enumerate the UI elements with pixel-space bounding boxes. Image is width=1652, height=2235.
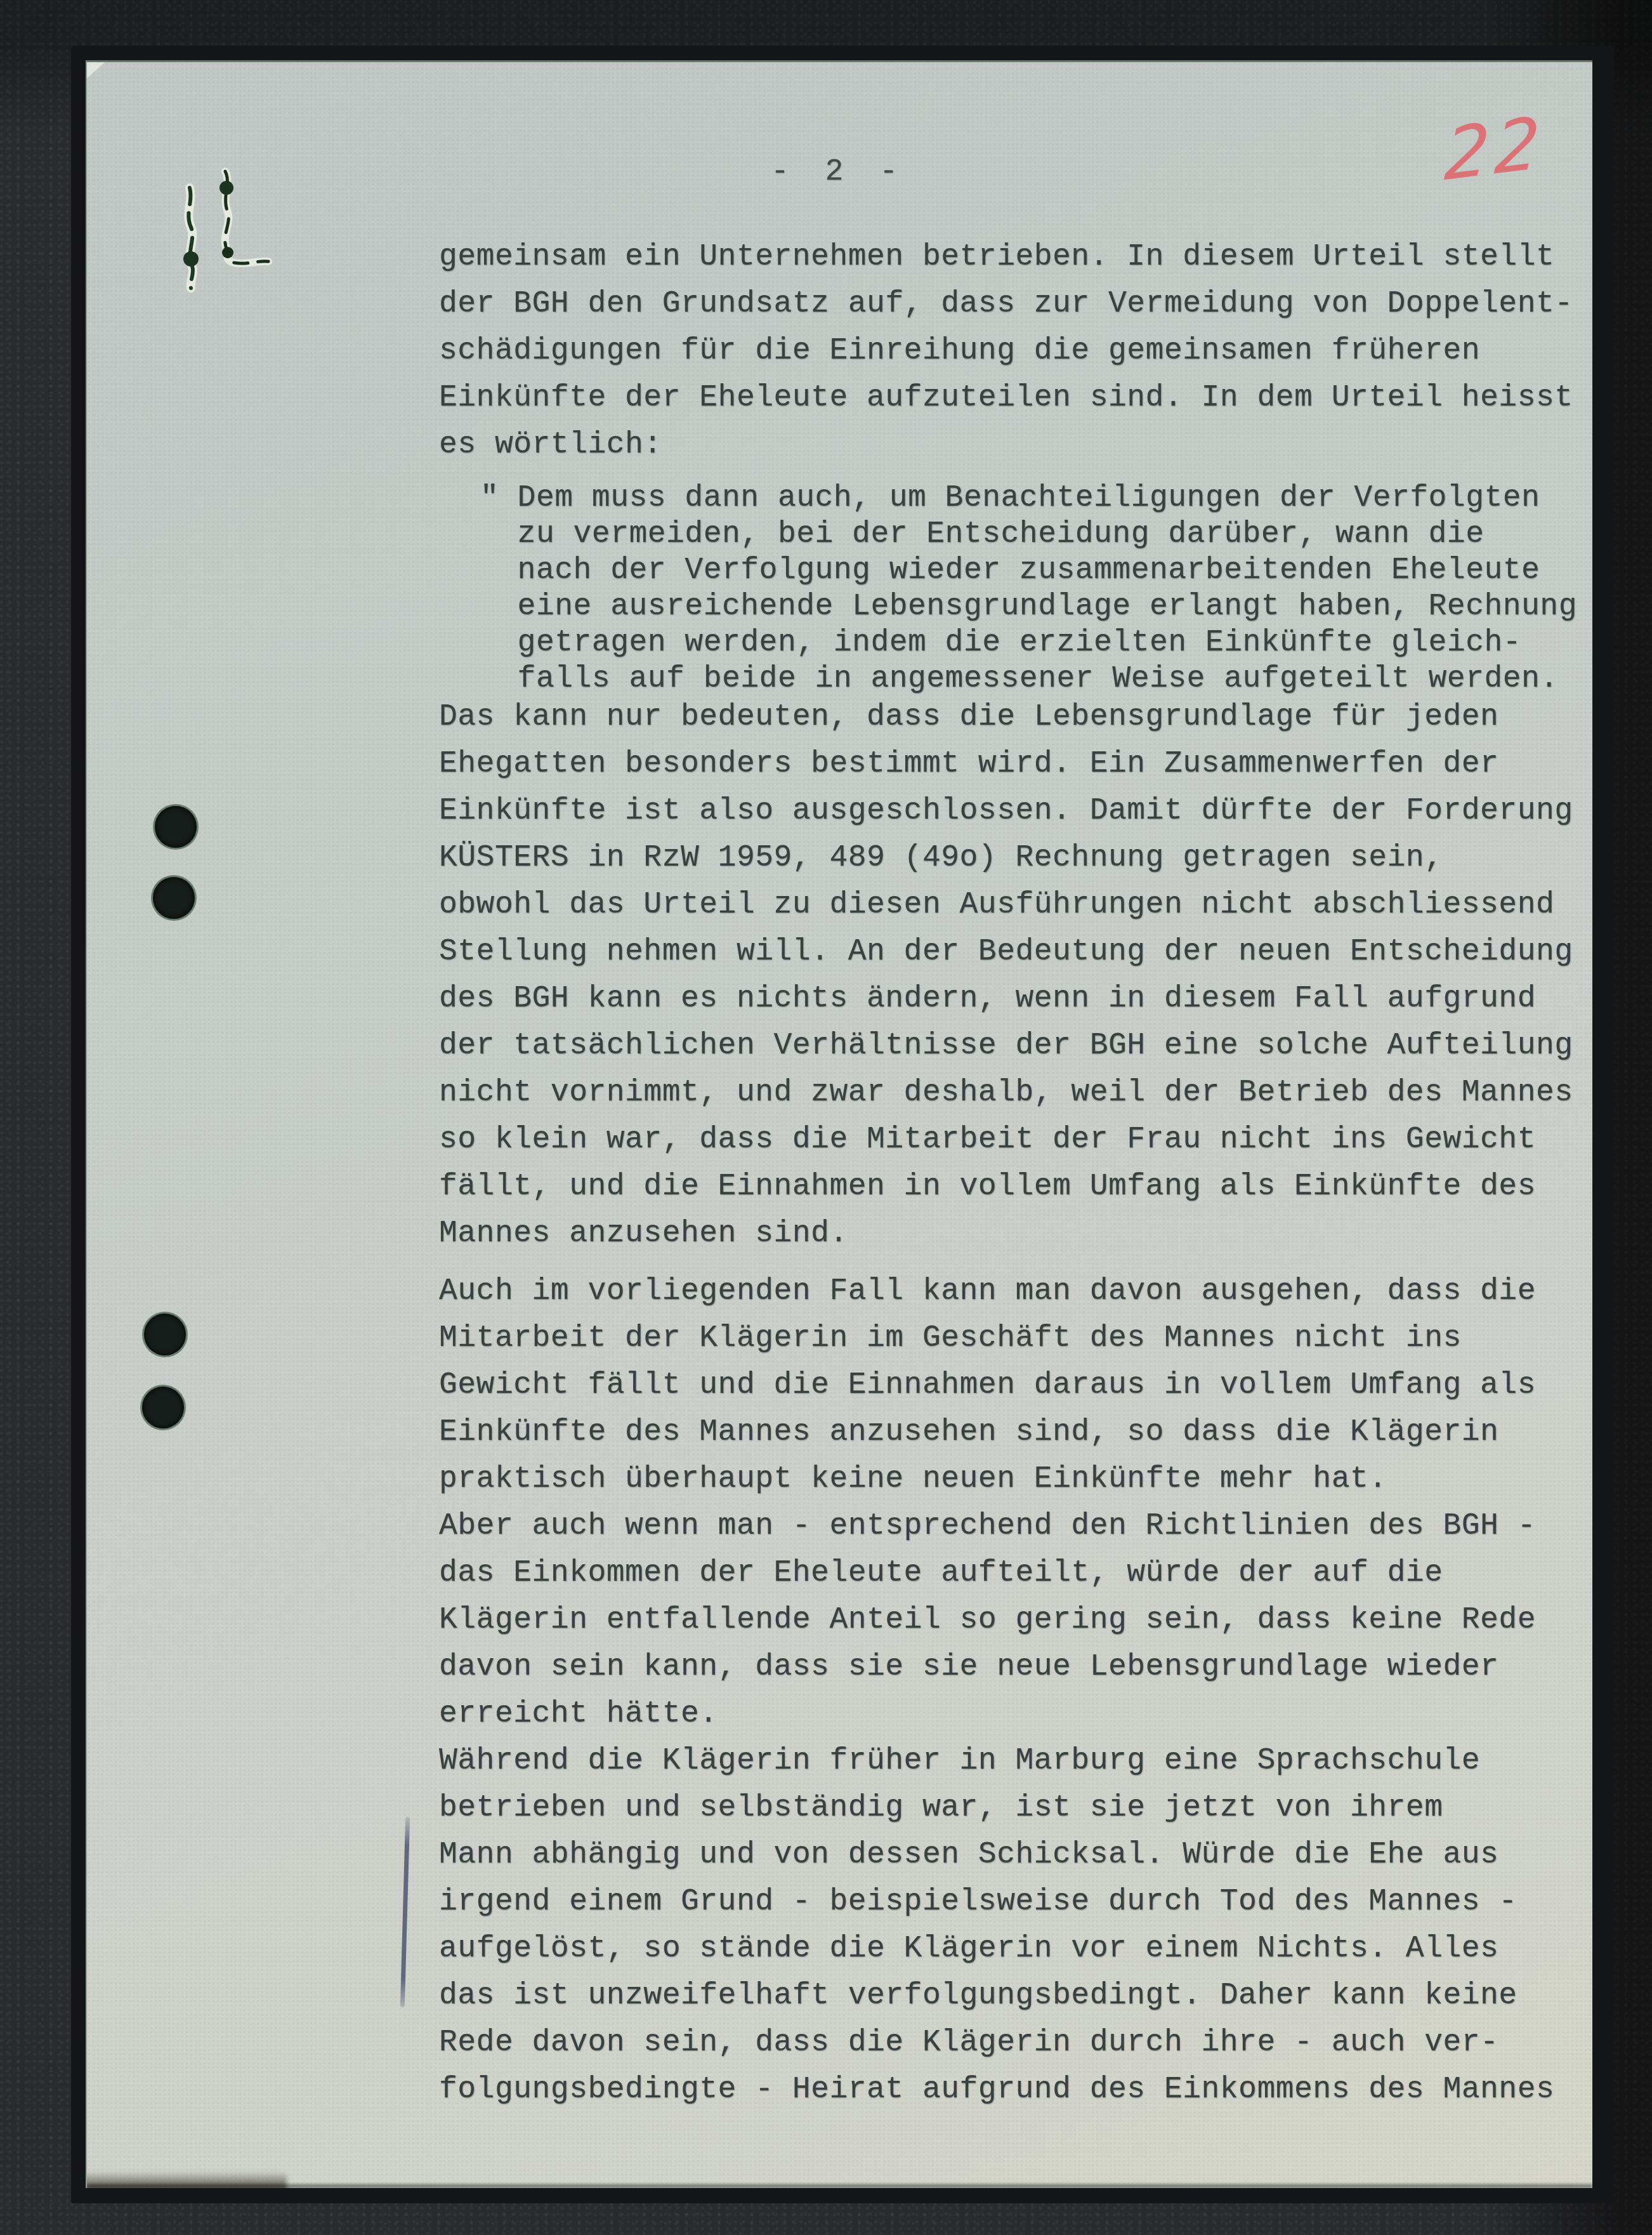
text-line: Ehegatten besonders bestimmt wird. Ein Z… (439, 747, 1592, 794)
text-line: das ist unzweifelhaft verfolgungsbedingt… (439, 1979, 1592, 2026)
text-line: Auch im vorliegenden Fall kann man davon… (439, 1274, 1592, 1321)
text-line: Mitarbeit der Klägerin im Geschäft des M… (439, 1321, 1592, 1368)
hole-punch (142, 1387, 184, 1428)
text-line: so klein war, dass die Mitarbeit der Fra… (439, 1123, 1592, 1170)
text-line: KÜSTERS in RzW 1959, 489 (49o) Rechnung … (439, 841, 1592, 888)
text-line: der BGH den Grundsatz auf, dass zur Verm… (439, 287, 1592, 334)
text-line: Während die Klägerin früher in Marburg e… (439, 1744, 1592, 1791)
hole-punch (153, 877, 195, 919)
paragraph-opening: gemeinsam ein Unternehmen betrieben. In … (439, 240, 1592, 475)
tear-mark (176, 164, 284, 310)
text-line: schädigungen für die Einreihung die geme… (439, 334, 1592, 381)
text-line: davon sein kann, dass sie sie neue Leben… (439, 1650, 1592, 1697)
text-line: falls auf beide in angemessener Weise au… (480, 662, 1592, 698)
paragraph-judgment-analysis: Das kann nur bedeuten, dass die Lebensgr… (439, 700, 1592, 1263)
text-line: Gewicht fällt und die Einnahmen daraus i… (439, 1368, 1592, 1415)
text-line: Einkünfte des Mannes anzusehen sind, so … (439, 1415, 1592, 1462)
text-line: Das kann nur bedeuten, dass die Lebensgr… (439, 700, 1592, 747)
text-line: fällt, und die Einnahmen in vollem Umfan… (439, 1170, 1592, 1216)
text-line: Einkünfte ist also ausgeschlossen. Damit… (439, 794, 1592, 841)
text-line: Einkünfte der Eheleute aufzuteilen sind.… (439, 381, 1592, 428)
corner-fold (86, 60, 107, 79)
margin-pen-line (400, 1817, 410, 2007)
text-line: Rede davon sein, dass die Klägerin durch… (439, 2026, 1592, 2073)
text-line: obwohl das Urteil zu diesen Ausführungen… (439, 888, 1592, 935)
text-line: es wörtlich: (439, 428, 1592, 475)
text-line: Klägerin entfallende Anteil so gering se… (439, 1603, 1592, 1650)
text-line: Aber auch wenn man - entsprechend den Ri… (439, 1509, 1592, 1556)
text-line: praktisch überhaupt keine neuen Einkünft… (439, 1462, 1592, 1509)
scan-background: - 2 - 22 gemeinsam ein Unternehmen betri… (0, 0, 1652, 2235)
text-line: zu vermeiden, bei der Entscheidung darüb… (480, 517, 1592, 553)
text-line: " Dem muss dann auch, um Benachteiligung… (480, 481, 1592, 517)
hole-punch (155, 806, 197, 848)
bottom-edge-shadow (87, 2184, 1592, 2188)
text-line: Stellung nehmen will. An der Bedeutung d… (439, 935, 1592, 982)
text-line: Mann abhängig und von dessen Schicksal. … (439, 1838, 1592, 1885)
text-line: folgungsbedingte - Heirat aufgrund des E… (439, 2073, 1592, 2120)
handwritten-folio-number: 22 (1443, 101, 1547, 197)
paragraph-income-split: Aber auch wenn man - entsprechend den Ri… (439, 1509, 1592, 1744)
text-line: nicht vornimmt, und zwar deshalb, weil d… (439, 1076, 1592, 1123)
page-number: - 2 - (771, 155, 907, 189)
text-line: irgend einem Grund - beispielsweise durc… (439, 1885, 1592, 1932)
paragraph-present-case: Auch im vorliegenden Fall kann man davon… (439, 1274, 1592, 1509)
text-line: betrieben und selbständig war, ist sie j… (439, 1791, 1592, 1838)
quote-block: " Dem muss dann auch, um Benachteiligung… (480, 481, 1592, 698)
hole-punch (144, 1314, 186, 1355)
text-line: gemeinsam ein Unternehmen betrieben. In … (439, 240, 1592, 287)
text-line: Mannes anzusehen sind. (439, 1216, 1592, 1263)
text-line: aufgelöst, so stände die Klägerin vor ei… (439, 1932, 1592, 1979)
document-page: - 2 - 22 gemeinsam ein Unternehmen betri… (86, 60, 1592, 2188)
text-line: getragen werden, indem die erzielten Ein… (480, 626, 1592, 662)
text-line: das Einkommen der Eheleute aufteilt, wür… (439, 1556, 1592, 1603)
paragraph-dependency: Während die Klägerin früher in Marburg e… (439, 1744, 1592, 2120)
text-line: eine ausreichende Lebensgrundlage erlang… (480, 590, 1592, 626)
text-line: der tatsächlichen Verhältnisse der BGH e… (439, 1029, 1592, 1076)
text-line: nach der Verfolgung wieder zusammenarbei… (480, 553, 1592, 590)
text-line: erreicht hätte. (439, 1697, 1592, 1744)
text-line: des BGH kann es nichts ändern, wenn in d… (439, 982, 1592, 1029)
